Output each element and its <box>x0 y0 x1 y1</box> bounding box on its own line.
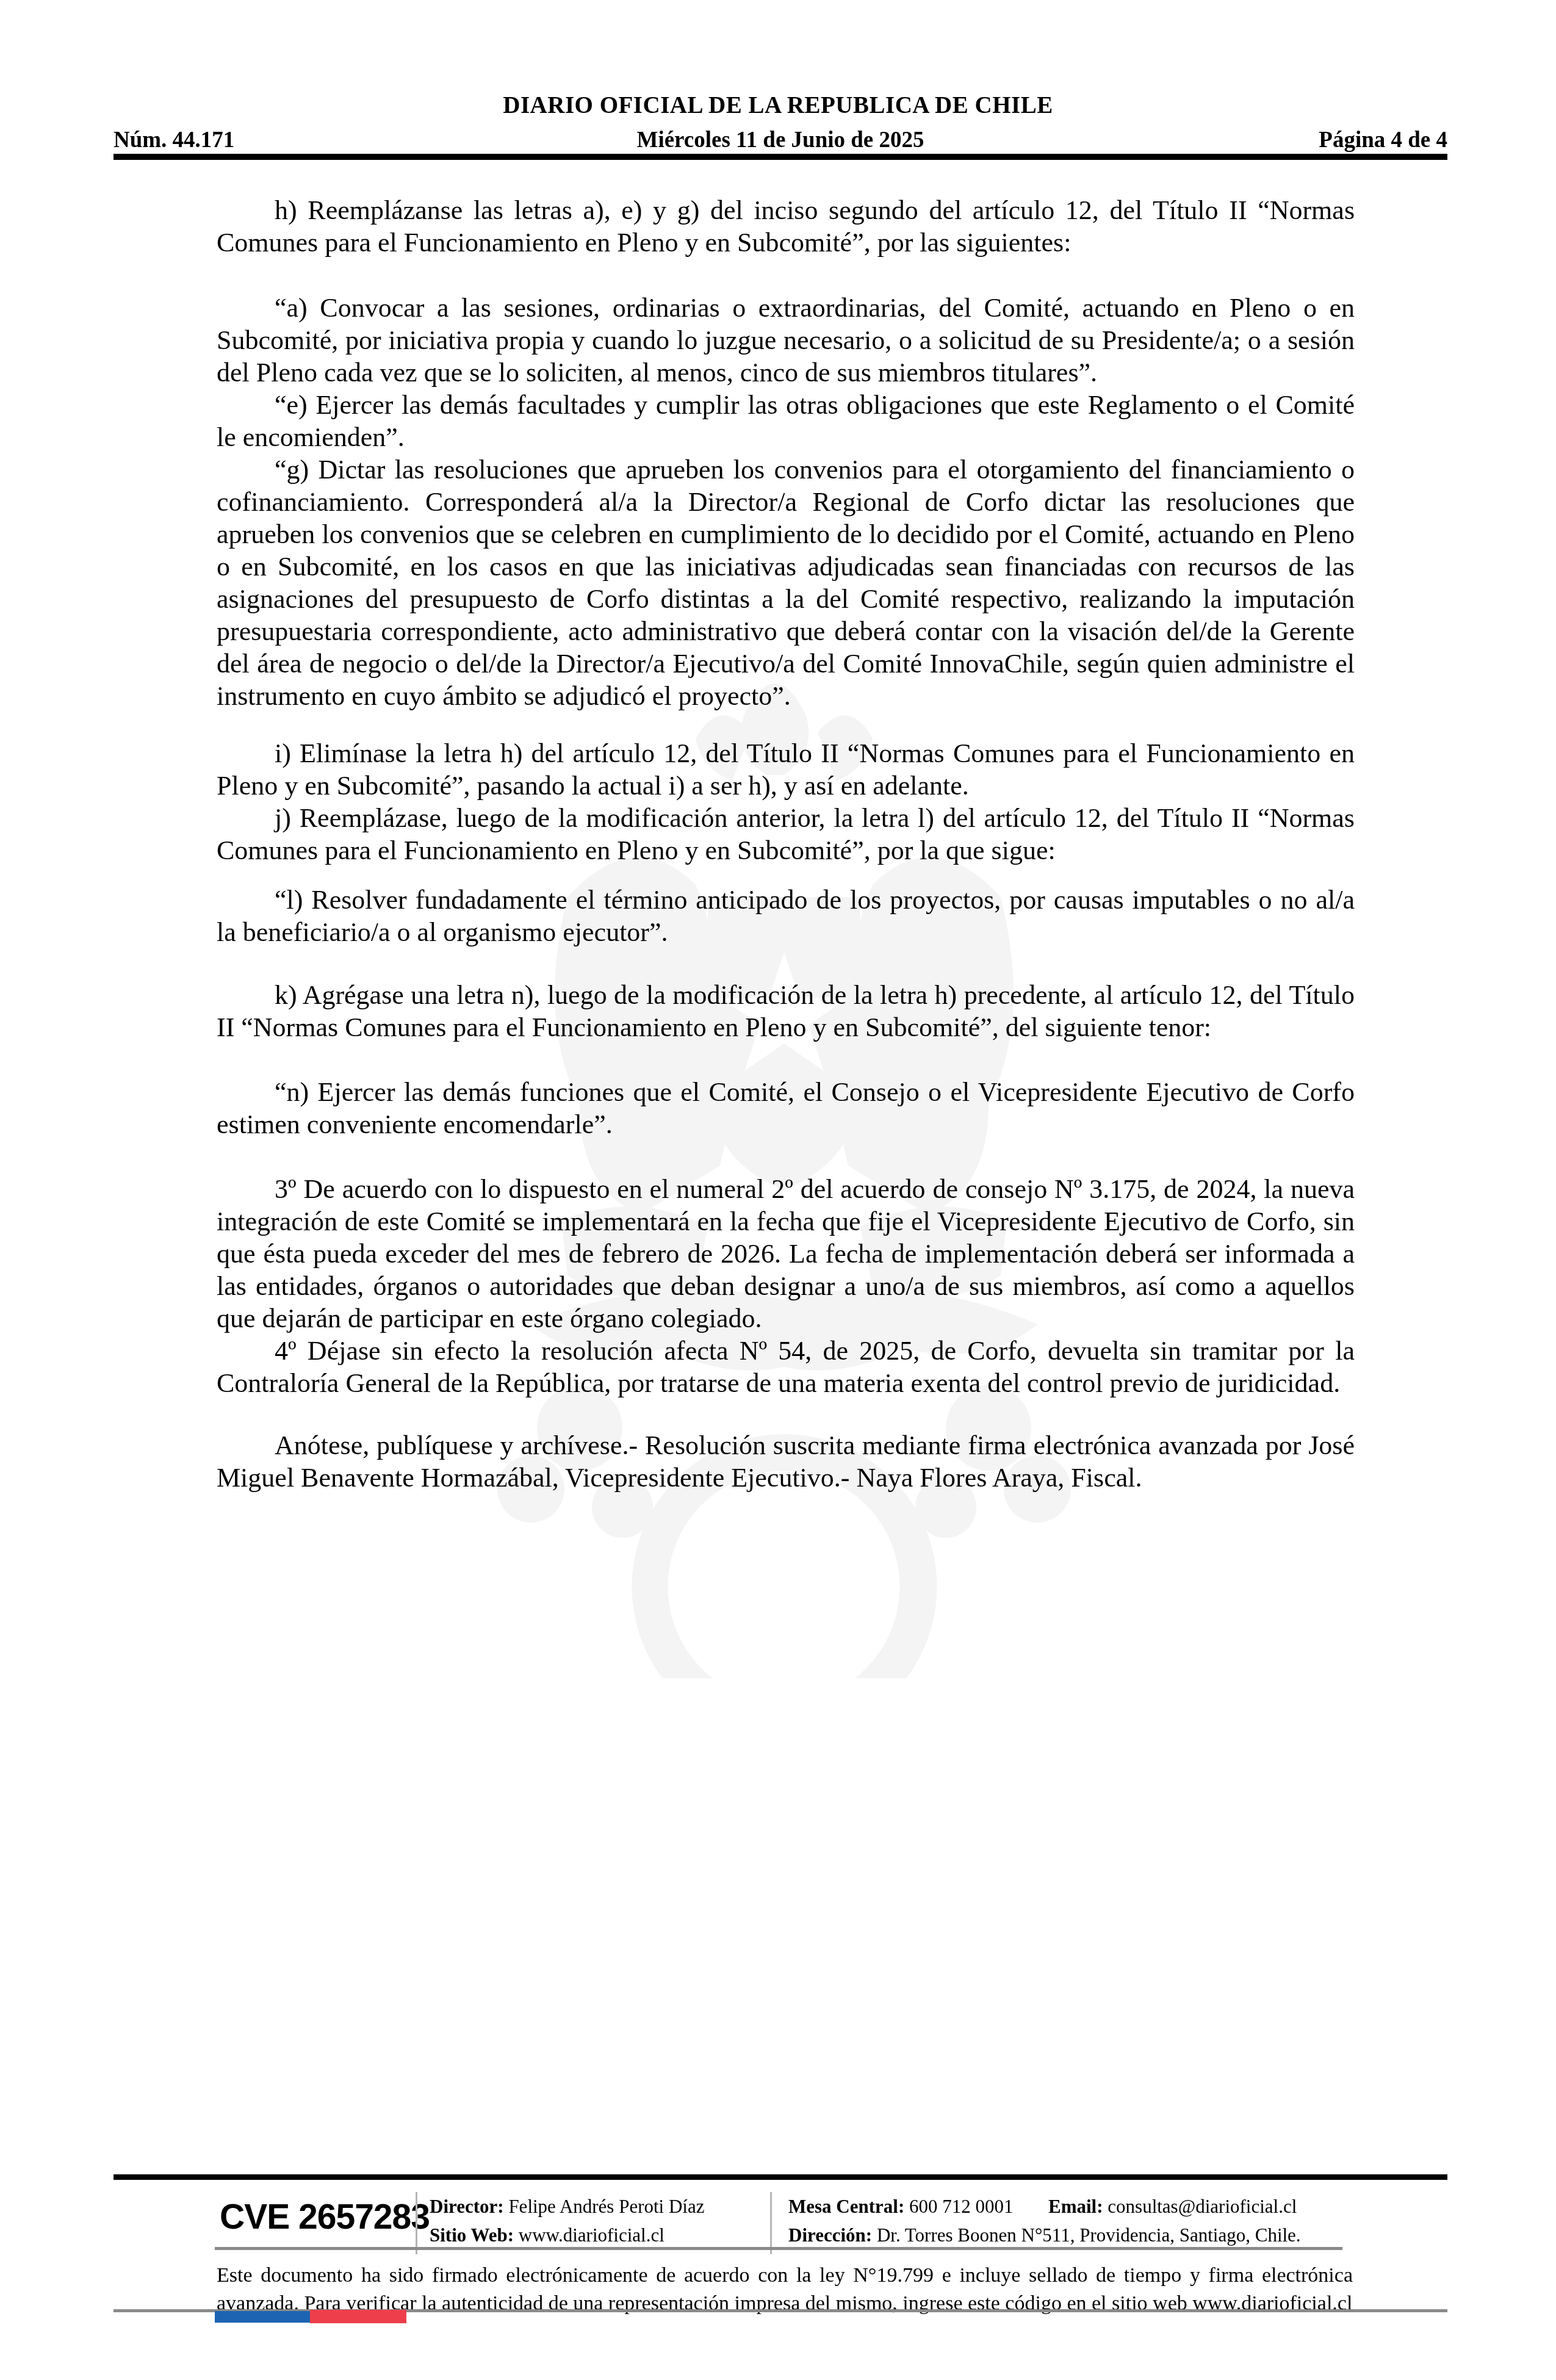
cve-number: CVE 2657283 <box>220 2197 403 2237</box>
footer-divider <box>770 2192 772 2254</box>
chile-flag-red-mark <box>310 2310 406 2323</box>
issue-date: Miércoles 11 de Junio de 2025 <box>636 127 924 153</box>
paragraph-quote-l: “l) Resolver fundadamente el término ant… <box>217 884 1355 948</box>
paragraph-k: k) Agrégase una letra n), luego de la mo… <box>217 979 1355 1044</box>
gazette-title: DIARIO OFICIAL DE LA REPUBLICA DE CHILE <box>0 92 1556 119</box>
chile-flag-blue-mark <box>215 2311 310 2323</box>
address-label: Dirección: <box>788 2224 872 2246</box>
footer-director-block: Director: Felipe Andrés Peroti Díaz Siti… <box>430 2192 759 2249</box>
phone-value: 600 712 0001 <box>909 2196 1014 2217</box>
paragraph-quote-n: “n) Ejercer las demás funciones que el C… <box>217 1076 1355 1141</box>
issue-number: Núm. 44.171 <box>113 127 636 153</box>
director-value: Felipe Andrés Peroti Díaz <box>508 2196 704 2217</box>
website-label: Sitio Web: <box>430 2224 514 2246</box>
document-page: DIARIO OFICIAL DE LA REPUBLICA DE CHILE … <box>0 0 1556 2380</box>
paragraph-quote-g: “g) Dictar las resoluciones que aprueben… <box>217 453 1355 712</box>
paragraph-i: i) Elimínase la letra h) del artículo 12… <box>217 737 1355 802</box>
footer-rule <box>113 2174 1447 2180</box>
paragraph-h: h) Reemplázanse las letras a), e) y g) d… <box>217 194 1355 259</box>
address-value: Dr. Torres Boonen N°511, Providencia, Sa… <box>877 2224 1301 2246</box>
footer-divider <box>416 2192 417 2254</box>
website-value: www.diarioficial.cl <box>519 2224 665 2246</box>
phone-label: Mesa Central: <box>788 2196 904 2217</box>
director-label: Director: <box>430 2196 504 2217</box>
paragraph-anotese: Anótese, publíquese y archívese.- Resolu… <box>217 1429 1355 1494</box>
footer-contact-block: Mesa Central: 600 712 0001 Email: consul… <box>788 2192 1362 2249</box>
paragraph-j: j) Reemplázase, luego de la modificación… <box>217 802 1355 867</box>
resolution-text: h) Reemplázanse las letras a), e) y g) d… <box>217 194 1355 1494</box>
paragraph-4: 4º Déjase sin efecto la resolución afect… <box>217 1335 1355 1399</box>
masthead-row: Núm. 44.171 Miércoles 11 de Junio de 202… <box>113 127 1447 153</box>
email-value: consultas@diarioficial.cl <box>1108 2196 1297 2217</box>
footer-separator-rule <box>215 2247 1342 2250</box>
paragraph-quote-e: “e) Ejercer las demás facultades y cumpl… <box>217 389 1355 453</box>
header-rule <box>113 154 1447 160</box>
paragraph-3: 3º De acuerdo con lo dispuesto en el num… <box>217 1173 1355 1335</box>
page-indicator: Página 4 de 4 <box>924 127 1447 153</box>
email-label: Email: <box>1048 2196 1103 2217</box>
paragraph-quote-a: “a) Convocar a las sesiones, ordinarias … <box>217 292 1355 389</box>
